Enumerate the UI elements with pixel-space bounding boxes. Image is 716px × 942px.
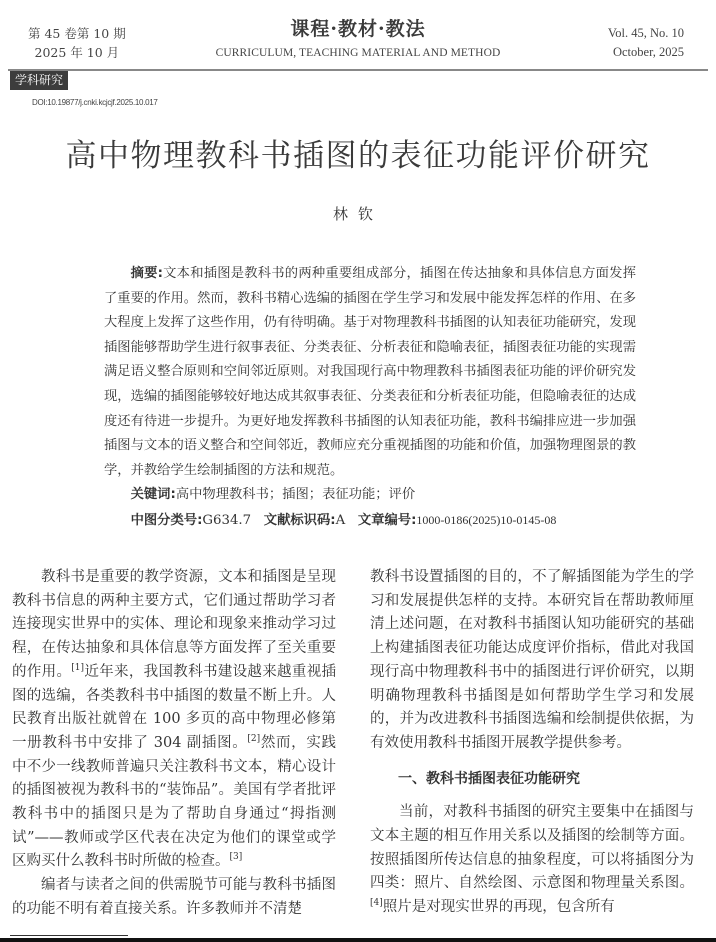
text: 然而，实践中不少一线教师普遍只关注教科书文本，精心设计的插图被视为教科书的“装饰…	[12, 735, 336, 870]
keywords-label: 关键词:	[131, 487, 176, 502]
doc-code-value: A	[336, 513, 346, 528]
section-tag: 学科研究	[10, 71, 68, 90]
citation: [4]	[370, 898, 383, 908]
issue-date-cn: 2025 年 10 月	[28, 43, 126, 62]
issue-info-en: Vol. 45, No. 10 October, 2025	[608, 24, 684, 62]
keywords: 关键词:高中物理教科书；插图；表征功能；评价	[104, 483, 636, 508]
citation: [3]	[230, 852, 243, 862]
doi: DOI:10.19877/j.cnki.kcjcjf.2025.10.017	[32, 98, 158, 107]
classification-row: 中图分类号:G634.7 文献标识码:A 文章编号:1000-0186(2025…	[104, 508, 636, 534]
issue-info-cn: 第 45 卷第 10 期 2025 年 10 月	[28, 24, 126, 62]
citation: [1]	[71, 663, 84, 673]
journal-name-en: CURRICULUM, TEACHING MATERIAL AND METHOD	[190, 47, 526, 59]
journal-name-cn: 课程·教材·教法	[190, 14, 526, 41]
abstract-block: 摘要:文本和插图是教科书的两种重要组成部分，插图在传达抽象和具体信息方面发挥了重…	[104, 262, 636, 534]
abstract-text: 文本和插图是教科书的两种重要组成部分，插图在传达抽象和具体信息方面发挥了重要的作…	[104, 266, 636, 478]
body-column-right: 教科书设置插图的目的，不了解插图能为学生的学习和发展提供怎样的支持。本研究旨在帮…	[370, 566, 694, 920]
doc-code-label: 文献标识码:	[264, 513, 336, 528]
article-no-label: 文章编号:	[358, 513, 417, 528]
author: 林钦	[0, 203, 716, 224]
journal-name: 课程·教材·教法 CURRICULUM, TEACHING MATERIAL A…	[190, 14, 526, 59]
header-rule	[8, 69, 708, 71]
issue-date-en: October, 2025	[608, 43, 684, 62]
abstract-label: 摘要:	[131, 266, 163, 281]
volume-en: Vol. 45, No. 10	[608, 24, 684, 43]
body-column-left: 教科书是重要的教学资源，文本和插图是呈现教科书信息的两种主要方式，它们通过帮助学…	[12, 566, 336, 922]
footnote-rule	[10, 935, 128, 936]
page-header: 第 45 卷第 10 期 2025 年 10 月 课程·教材·教法 CURRIC…	[0, 0, 716, 70]
keywords-text: 高中物理教科书；插图；表征功能；评价	[176, 487, 415, 502]
paragraph: 教科书是重要的教学资源，文本和插图是呈现教科书信息的两种主要方式，它们通过帮助学…	[12, 566, 336, 874]
citation: [2]	[247, 734, 260, 744]
page-bottom-edge	[0, 938, 716, 942]
text: 照片是对现实世界的再现，包含所有	[383, 899, 615, 915]
paragraph: 教科书设置插图的目的，不了解插图能为学生的学习和发展提供怎样的支持。本研究旨在帮…	[370, 566, 694, 756]
section-heading: 一、教科书插图表征功能研究	[370, 768, 694, 792]
clc-label: 中图分类号:	[131, 513, 203, 528]
clc-value: G634.7	[202, 513, 251, 528]
paragraph: 当前，对教科书插图的研究主要集中在插图与文本主题的相互作用关系以及插图的绘制等方…	[370, 801, 694, 920]
text: 当前，对教科书插图的研究主要集中在插图与文本主题的相互作用关系以及插图的绘制等方…	[370, 804, 694, 891]
article-title: 高中物理教科书插图的表征功能评价研究	[0, 130, 716, 175]
paragraph: 编者与读者之间的供需脱节可能与教科书插图的功能不明有着直接关系。许多教师并不清楚	[12, 874, 336, 921]
article-no-value: 1000-0186(2025)10-0145-08	[416, 513, 556, 527]
issue-number-cn: 第 45 卷第 10 期	[28, 24, 126, 43]
abstract: 摘要:文本和插图是教科书的两种重要组成部分，插图在传达抽象和具体信息方面发挥了重…	[104, 262, 636, 483]
